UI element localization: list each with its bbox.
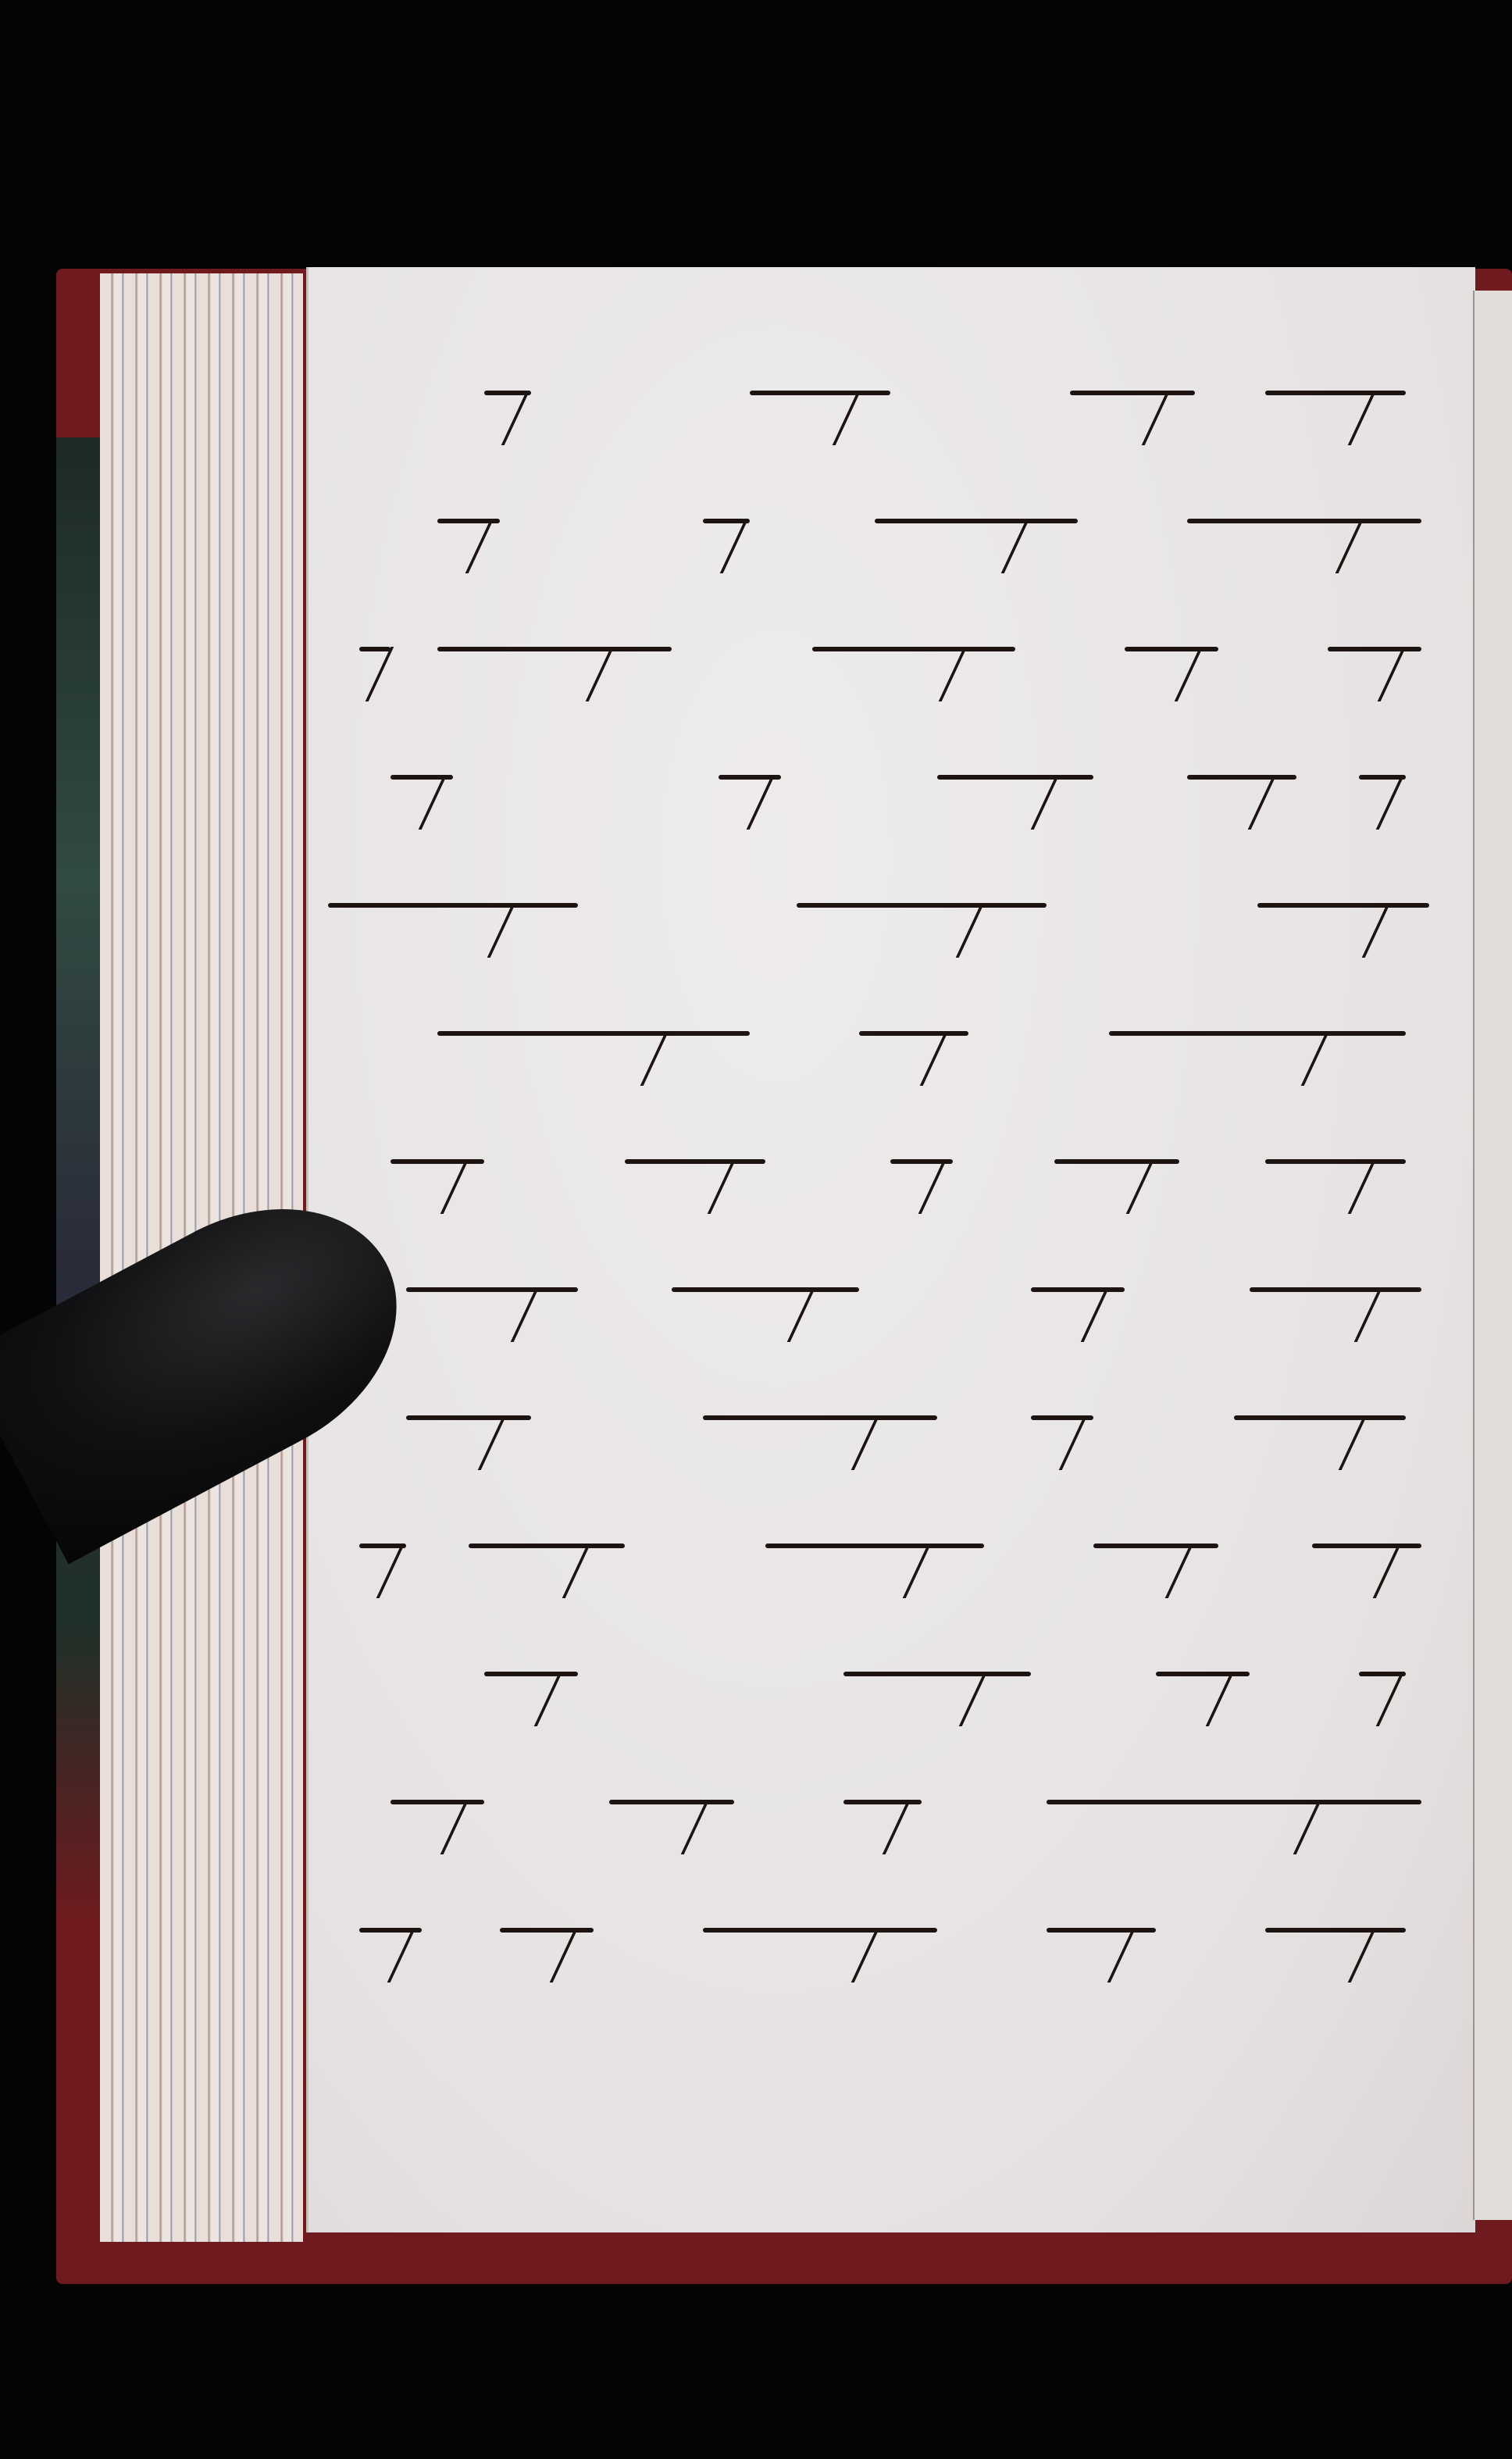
handwritten-word xyxy=(1109,1031,1406,1036)
facing-page-edge xyxy=(1473,291,1512,2220)
handwritten-word xyxy=(625,1159,765,1164)
handwriting-line xyxy=(344,359,1453,487)
handwritten-word xyxy=(672,1287,859,1292)
handwritten-word xyxy=(469,1544,625,1548)
handwritten-word xyxy=(1156,1672,1250,1676)
handwritten-word xyxy=(1187,775,1296,780)
handwritten-word xyxy=(765,1544,984,1548)
handwritten-word xyxy=(703,1415,937,1420)
handwritten-word xyxy=(484,1672,578,1676)
handwritten-word xyxy=(1234,1415,1406,1420)
handwritten-word xyxy=(437,519,500,523)
handwritten-word xyxy=(406,1415,531,1420)
handwritten-word xyxy=(1359,775,1406,780)
handwritten-word xyxy=(1328,647,1421,651)
handwritten-word xyxy=(1187,519,1421,523)
handwritten-word xyxy=(437,647,672,651)
handwritten-word xyxy=(1070,391,1195,395)
handwriting-line xyxy=(344,487,1453,616)
handwritten-word xyxy=(1031,1415,1093,1420)
handwritten-word xyxy=(1265,391,1406,395)
handwritten-word xyxy=(797,903,1047,908)
handwritten-word xyxy=(1031,1287,1125,1292)
handwritten-word xyxy=(437,1031,750,1036)
handwriting-line xyxy=(344,872,1453,1000)
handwritten-word xyxy=(1265,1928,1406,1933)
handwriting-lines xyxy=(344,359,1453,2025)
handwritten-word xyxy=(1047,1800,1421,1804)
handwriting-line xyxy=(344,616,1453,744)
handwritten-word xyxy=(390,1159,484,1164)
handwritten-word xyxy=(328,903,578,908)
handwritten-word xyxy=(1125,647,1218,651)
handwriting-line xyxy=(344,1768,1453,1897)
handwritten-word xyxy=(1257,903,1429,908)
handwritten-word xyxy=(937,775,1093,780)
handwriting-line xyxy=(344,1640,1453,1768)
handwritten-word xyxy=(484,391,531,395)
handwritten-word xyxy=(843,1800,922,1804)
handwritten-word xyxy=(750,391,890,395)
handwritten-word xyxy=(875,519,1078,523)
handwritten-word xyxy=(1250,1287,1421,1292)
handwritten-word xyxy=(1047,1928,1156,1933)
handwritten-word xyxy=(609,1800,734,1804)
handwritten-word xyxy=(390,775,453,780)
handwritten-word xyxy=(859,1031,968,1036)
handwritten-word xyxy=(719,775,781,780)
handwritten-word xyxy=(406,1287,578,1292)
handwriting-line xyxy=(344,1384,1453,1512)
handwriting-line xyxy=(344,1512,1453,1640)
handwritten-word xyxy=(890,1159,953,1164)
handwritten-word xyxy=(812,647,1015,651)
handwritten-word xyxy=(390,1800,484,1804)
handwriting-line xyxy=(344,1000,1453,1128)
handwriting-line xyxy=(344,744,1453,872)
handwriting-line xyxy=(344,1256,1453,1384)
handwritten-word xyxy=(1054,1159,1179,1164)
handwritten-word xyxy=(1093,1544,1218,1548)
handwritten-word xyxy=(1265,1159,1406,1164)
handwritten-word xyxy=(359,647,390,651)
handwritten-word xyxy=(703,519,750,523)
handwritten-word xyxy=(1359,1672,1406,1676)
handwritten-word xyxy=(843,1672,1031,1676)
handwriting-line xyxy=(344,1897,1453,2025)
handwriting-line xyxy=(344,1128,1453,1256)
handwritten-word xyxy=(359,1544,406,1548)
handwritten-word xyxy=(1312,1544,1421,1548)
handwritten-word xyxy=(500,1928,594,1933)
handwritten-word xyxy=(359,1928,422,1933)
handwritten-word xyxy=(703,1928,937,1933)
